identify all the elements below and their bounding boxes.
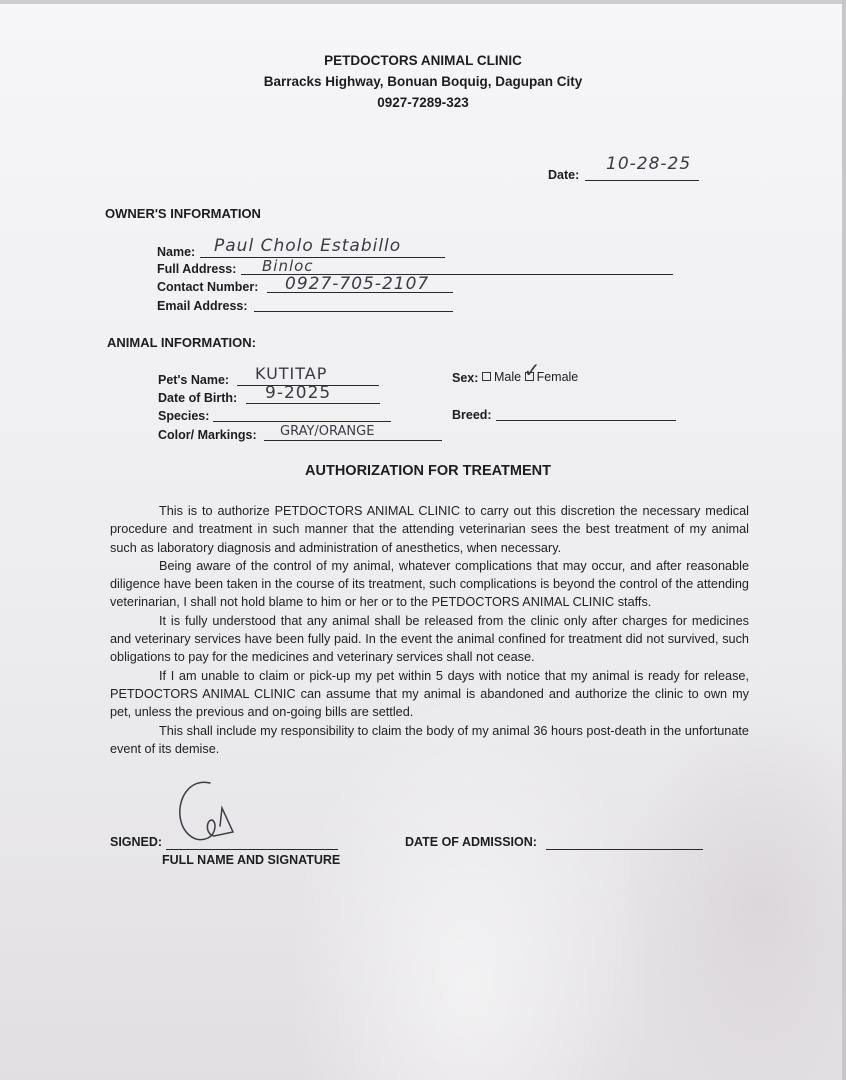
sex-label: Sex: (452, 371, 478, 385)
owner-contact-value: 0927-705-2107 (285, 274, 429, 294)
owner-address-value: Binloc (262, 257, 314, 275)
admission-date-field[interactable] (546, 849, 703, 850)
species-label: Species: (158, 409, 209, 423)
sex-options: Male ✓Female (478, 370, 578, 384)
animal-section-heading: ANIMAL INFORMATION: (107, 335, 256, 350)
owner-email-field[interactable] (254, 311, 453, 312)
owner-email-label: Email Address: (157, 299, 248, 313)
owner-name-field[interactable] (200, 257, 445, 258)
color-markings-value: GRAY/ORANGE (280, 424, 374, 439)
breed-field[interactable] (496, 420, 676, 421)
authorization-paragraph: This is to authorize PETDOCTORS ANIMAL C… (110, 502, 749, 557)
authorization-paragraph: This shall include my responsibility to … (110, 722, 749, 759)
breed-label: Breed: (452, 408, 492, 422)
sex-female-label: Female (537, 370, 579, 384)
date-value: 10-28-25 (606, 154, 691, 174)
signed-label: SIGNED: (110, 835, 162, 849)
sex-female-checkbox[interactable]: ✓ (525, 370, 537, 384)
species-field[interactable] (213, 421, 391, 422)
owner-name-label: Name: (157, 245, 195, 259)
clinic-name: PETDOCTORS ANIMAL CLINIC (0, 53, 846, 68)
pet-name-label: Pet's Name: (158, 373, 229, 387)
authorization-title: AUTHORIZATION FOR TREATMENT (0, 463, 846, 479)
clinic-address: Barracks Highway, Bonuan Boquig, Dagupan… (0, 74, 846, 89)
authorization-paragraph: If I am unable to claim or pick-up my pe… (110, 667, 749, 722)
date-field[interactable] (585, 180, 699, 181)
owner-name-value: Paul Cholo Estabillo (214, 236, 401, 256)
signature-scribble (170, 778, 250, 848)
dob-label: Date of Birth: (158, 391, 237, 405)
owner-contact-label: Contact Number: (157, 280, 258, 294)
owner-address-label: Full Address: (157, 262, 236, 276)
signature-field[interactable] (166, 849, 338, 850)
sex-male-label: Male (494, 370, 521, 384)
dob-field[interactable] (246, 403, 380, 404)
clinic-phone: 0927-7289-323 (0, 95, 846, 110)
color-markings-field[interactable] (264, 440, 442, 441)
owner-section-heading: OWNER'S INFORMATION (105, 206, 261, 221)
color-markings-label: Color/ Markings: (158, 428, 257, 442)
pet-name-value: KUTITAP (255, 364, 327, 383)
authorization-body: This is to authorize PETDOCTORS ANIMAL C… (110, 502, 749, 758)
sex-male-checkbox[interactable] (482, 372, 491, 381)
admission-date-label: DATE OF ADMISSION: (405, 835, 537, 849)
signature-caption: FULL NAME AND SIGNATURE (162, 853, 340, 867)
authorization-paragraph: Being aware of the control of my animal,… (110, 557, 749, 612)
paper-edge (842, 0, 846, 1080)
dob-value: 9-2025 (265, 383, 331, 403)
check-mark-icon: ✓ (524, 358, 541, 383)
authorization-paragraph: It is fully understood that any animal s… (110, 612, 749, 667)
date-label: Date: (548, 168, 579, 182)
